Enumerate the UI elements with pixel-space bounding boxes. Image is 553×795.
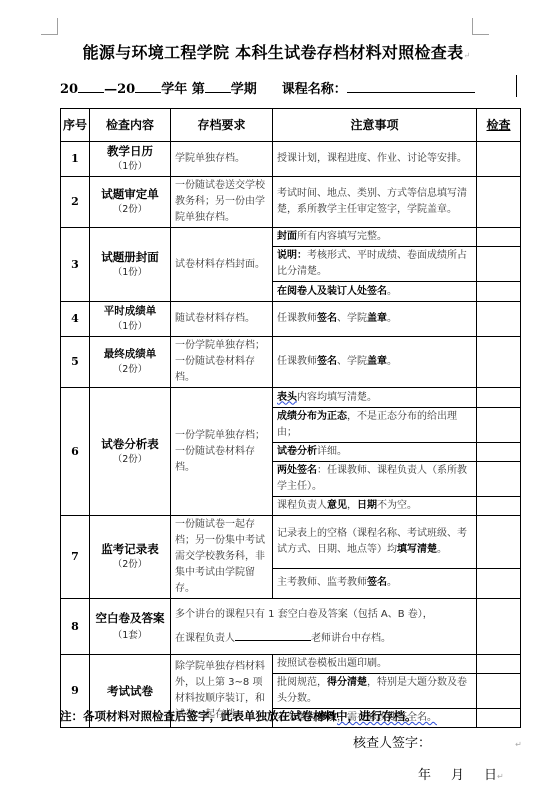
merged-note: 多个讲台的课程只有 1 套空白卷及答案（包括 A、B 卷）， 在课程负责人老师讲… (171, 599, 477, 655)
year-start-blank[interactable] (78, 80, 104, 93)
archive-requirement: 试卷材料存档封面。 (171, 228, 273, 302)
note-text: 批阅规范， (277, 677, 327, 688)
note-bold: 在阅卷人及装订人处签名 (277, 286, 387, 297)
note-text: 。 (387, 356, 397, 367)
inspector-signature: 核查人签字： ↵ (353, 732, 522, 751)
table-row: 1 教学日历（1份） 学院单独存档。 授课计划，课程进度、作业、讨论等安排。 (61, 142, 521, 177)
note-bold: 盖章 (367, 313, 387, 324)
archive-requirement: 一份学院单独存档；一份随试卷材料存档。 (171, 388, 273, 516)
note: 按照试卷模板出题印刷。 (273, 655, 477, 674)
note-bold: 说明： (277, 250, 307, 261)
note: 成绩分布为正态，不是正态分布的给出理由； (273, 408, 477, 443)
note-bold: 成绩分布为正态 (277, 411, 347, 422)
item-name: 试题审定单 (94, 186, 166, 202)
note: 封面所有内容填写完整。 (273, 228, 477, 247)
table-row: 4 平时成绩单（1份） 随试卷材料存档。 任课教师签名、学院盖章。 (61, 302, 521, 337)
note: 任课教师签名、学院盖章。 (273, 302, 477, 337)
teacher-name-blank[interactable] (235, 629, 311, 641)
year-prefix: 20 (60, 82, 78, 97)
note-bold: 试卷分析 (277, 446, 317, 457)
check-cell[interactable] (477, 674, 521, 709)
check-cell[interactable] (477, 599, 521, 655)
note-text: 、学院 (337, 356, 367, 367)
note-text: 、学院 (337, 313, 367, 324)
item-count: （1份） (94, 319, 166, 335)
note: 批阅规范，得分清楚，特别是大题分数及卷头分数。 (273, 674, 477, 709)
item-name: 教学日历 (94, 143, 166, 159)
note: 两处签名：任课教师、课程负责人（系所教学主任）。 (273, 462, 477, 497)
check-cell[interactable] (477, 516, 521, 569)
note-text: 。 (387, 577, 397, 588)
header-notes: 注意事项 (273, 109, 477, 142)
note-bold: 填写清楚 (397, 544, 437, 555)
row-number: 5 (61, 337, 90, 388)
date-day-label: 日 (484, 768, 497, 783)
note-text: ， (347, 500, 357, 511)
item-name: 最终成绩单 (94, 346, 166, 362)
item-count: （2份） (94, 202, 166, 218)
note-bold: 表头 (277, 392, 297, 403)
date-month-label: 月 (451, 768, 464, 783)
check-cell[interactable] (477, 388, 521, 408)
row-number: 2 (61, 177, 90, 228)
year-dash: —20 (104, 82, 135, 97)
check-cell[interactable] (477, 443, 521, 462)
note-bold: 签名 (317, 313, 337, 324)
footnote-text: 注：各项材料对照检查后签字，此表单独放在试卷材料中，进行存档。 (60, 709, 417, 723)
check-item: 监考记录表（2份） (90, 516, 171, 599)
item-name: 平时成绩单 (94, 303, 166, 319)
check-cell[interactable] (477, 228, 521, 247)
check-cell[interactable] (477, 142, 521, 177)
archive-requirement: 学院单独存档。 (171, 142, 273, 177)
archive-requirement: 一份学院单独存档；一份随试卷材料存档。 (171, 337, 273, 388)
note: 课程负责人意见，日期不为空。 (273, 497, 477, 516)
check-cell[interactable] (477, 282, 521, 302)
paragraph-mark-icon: ↵ (417, 713, 424, 722)
check-cell[interactable] (477, 177, 521, 228)
note: 试卷分析详细。 (273, 443, 477, 462)
school-year-label: 学年 第 (161, 82, 205, 97)
note-text: 内容均填写清楚。 (297, 392, 377, 403)
note-bold: 日期 (357, 500, 377, 511)
item-count: （2份） (94, 557, 166, 573)
note-text: 。 (387, 313, 397, 324)
note-text: 课程负责人 (277, 500, 327, 511)
note-bold: 两处签名 (277, 465, 317, 476)
check-cell[interactable] (477, 568, 521, 598)
row-number: 8 (61, 599, 90, 655)
check-item: 试题审定单（2份） (90, 177, 171, 228)
note-text: 多个讲台的课程只有 1 套空白卷及答案（包括 A、B 卷）， (175, 603, 472, 627)
semester-label: 学期 (231, 82, 257, 97)
check-item: 教学日历（1份） (90, 142, 171, 177)
note-bold: 封面 (277, 231, 297, 242)
row-number: 4 (61, 302, 90, 337)
check-cell[interactable] (477, 337, 521, 388)
check-cell[interactable] (477, 497, 521, 516)
note-text: 不为空。 (377, 500, 417, 511)
table-header-row: 序号 检查内容 存档要求 注意事项 检查 (61, 109, 521, 142)
check-cell[interactable] (477, 709, 521, 728)
footnote: 注：各项材料对照检查后签字，此表单独放在试卷材料中，进行存档。↵ (60, 708, 423, 724)
note-text: 。 (437, 544, 447, 555)
item-count: （2份） (94, 362, 166, 378)
item-count: （1套） (113, 630, 148, 641)
check-cell[interactable] (477, 302, 521, 337)
note-text: 详细。 (317, 446, 347, 457)
table-row: 6 试卷分析表（2份） 一份学院单独存档；一份随试卷材料存档。 表头内容均填写清… (61, 388, 521, 408)
term-course-line: 20—20学年 第学期 课程名称： (60, 78, 475, 97)
table-row: 9 考试试卷 除学院单独存档材料外，以上第 3~8 项材料按顺序装订，和试卷一起… (61, 655, 521, 674)
check-item: 试卷分析表（2份） (90, 388, 171, 516)
archive-requirement: 随试卷材料存档。 (171, 302, 273, 337)
row-number: 1 (61, 142, 90, 177)
item-name: 考试试卷 (94, 683, 166, 699)
paragraph-mark-icon: ↵ (463, 51, 470, 60)
year-end-blank[interactable] (135, 80, 161, 93)
item-name: 空白卷及答案 (96, 611, 165, 625)
checklist-table: 序号 检查内容 存档要求 注意事项 检查 1 教学日历（1份） 学院单独存档。 … (60, 108, 521, 728)
header-requirement: 存档要求 (171, 109, 273, 142)
note-text: 。 (387, 286, 397, 297)
note: 任课教师签名、学院盖章。 (273, 337, 477, 388)
signature-label: 核查人签字： (353, 736, 431, 751)
course-name-blank[interactable] (347, 80, 475, 93)
sign-date: 年月日↵ (418, 764, 524, 783)
check-item: 平时成绩单（1份） (90, 302, 171, 337)
check-item: 空白卷及答案（1套） (90, 599, 171, 655)
note: 授课计划，课程进度、作业、讨论等安排。 (273, 142, 477, 177)
note-bold: 得分清楚 (327, 677, 367, 688)
archive-requirement: 一份随试卷一起存档；另一份集中考试需交学校教务科，非集中考试由学院留存。 (171, 516, 273, 599)
semester-blank[interactable] (205, 80, 231, 93)
date-year-label: 年 (418, 768, 431, 783)
note: 考试时间、地点、类别、方式等信息填写清楚，系所教学主任审定签字，学院盖章。 (273, 177, 477, 228)
document-title: 能源与环境工程学院 本科生试卷存档材料对照检查表↵ (0, 40, 553, 63)
check-cell[interactable] (477, 408, 521, 443)
note-text: 任课教师 (277, 356, 317, 367)
paragraph-mark-icon: ↵ (497, 772, 504, 781)
page-corner-mark-left (41, 18, 58, 35)
title-text: 能源与环境工程学院 本科生试卷存档材料对照检查表 (83, 43, 464, 62)
header-check: 检查 (477, 109, 521, 142)
text-cursor (516, 75, 517, 97)
check-item: 最终成绩单（2份） (90, 337, 171, 388)
row-number: 7 (61, 516, 90, 599)
table-row: 8 空白卷及答案（1套） 多个讲台的课程只有 1 套空白卷及答案（包括 A、B … (61, 599, 521, 655)
check-cell[interactable] (477, 247, 521, 282)
note: 说明：考核形式、平时成绩、卷面成绩所占比分清楚。 (273, 247, 477, 282)
note-text: 所有内容填写完整。 (297, 231, 387, 242)
note-bold: 签名 (367, 577, 387, 588)
row-number: 3 (61, 228, 90, 302)
note-text: 主考教师、监考教师 (277, 577, 367, 588)
table-row: 3 试题册封面（1份） 试卷材料存档封面。 封面所有内容填写完整。 (61, 228, 521, 247)
note: 表头内容均填写清楚。 (273, 388, 477, 408)
check-item: 试题册封面（1份） (90, 228, 171, 302)
note-bold: 意见 (327, 500, 347, 511)
check-cell[interactable] (477, 462, 521, 497)
item-name: 试题册封面 (94, 249, 166, 265)
note-bold: 盖章 (367, 356, 387, 367)
note: 在阅卷人及装订人处签名。 (273, 282, 477, 302)
note-text: 在课程负责人 (175, 633, 235, 644)
table-row: 2 试题审定单（2份） 一份随试卷送交学校教务科；另一份由学院单独存档。 考试时… (61, 177, 521, 228)
item-name: 监考记录表 (94, 541, 166, 557)
course-name-label: 课程名称： (282, 82, 347, 97)
header-item: 检查内容 (90, 109, 171, 142)
item-count: （2份） (94, 452, 166, 468)
page-corner-mark-right (472, 18, 489, 35)
item-count: （1份） (94, 159, 166, 175)
note-text: 任课教师 (277, 313, 317, 324)
note: 记录表上的空格（课程名称、考试班级、考试方式、日期、地点等）均填写清楚。 (273, 516, 477, 569)
check-cell[interactable] (477, 655, 521, 674)
table-row: 7 监考记录表（2份） 一份随试卷一起存档；另一份集中考试需交学校教务科，非集中… (61, 516, 521, 569)
note: 主考教师、监考教师签名。 (273, 568, 477, 598)
paragraph-mark-icon: ↵ (515, 740, 522, 749)
header-no: 序号 (61, 109, 90, 142)
note-bold: 签名 (317, 356, 337, 367)
archive-requirement: 一份随试卷送交学校教务科；另一份由学院单独存档。 (171, 177, 273, 228)
note-line-2: 在课程负责人老师讲台中存档。 (175, 627, 472, 651)
item-name: 试卷分析表 (94, 436, 166, 452)
note-text: 老师讲台中存档。 (311, 633, 391, 644)
row-number: 6 (61, 388, 90, 516)
table-row: 5 最终成绩单（2份） 一份学院单独存档；一份随试卷材料存档。 任课教师签名、学… (61, 337, 521, 388)
item-count: （1份） (94, 265, 166, 281)
